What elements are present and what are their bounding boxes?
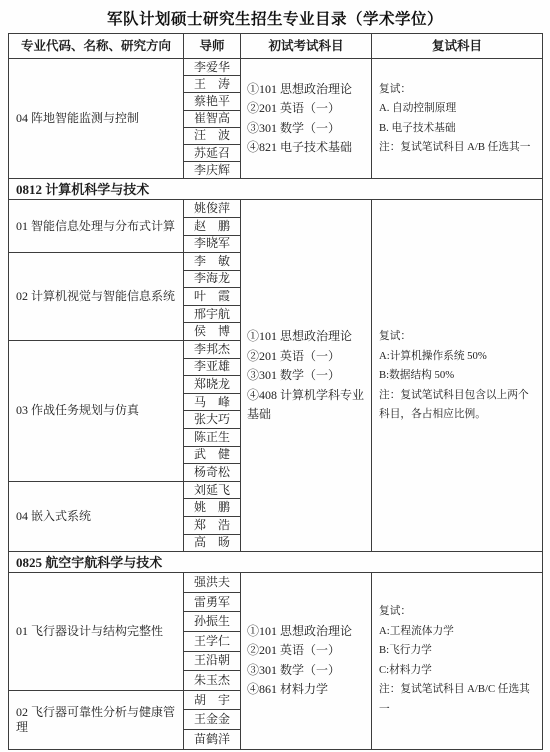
advisor-cell: 汪 波 (184, 127, 241, 144)
exam-subject-line: ①101 思想政治理论 (247, 80, 365, 100)
advisor-cell: 郑 浩 (184, 517, 241, 535)
exam-subject-line: ④408 计算机学科专业基础 (247, 386, 365, 425)
exam-subject-line: ③301 数学（一） (247, 661, 365, 681)
advisor-cell: 郑晓龙 (184, 376, 241, 394)
retest-subject-line: C:材料力学 (379, 661, 539, 681)
exam-subject-line: ③301 数学（一） (247, 366, 365, 386)
retest-subject-line: 复试： (379, 80, 539, 100)
retest-subject-line: A. 自动控制原理 (379, 99, 539, 119)
exam-subject-line: ①101 思想政治理论 (247, 622, 365, 642)
exam-subject-line: ③301 数学（一） (247, 119, 365, 139)
section-row: 0825 航空宇航科学与技术 (9, 552, 543, 573)
advisor-cell: 赵 鹏 (184, 217, 241, 235)
retest-subject-line: B:数据结构 50% (379, 366, 539, 386)
advisor-cell: 李邦杰 (184, 341, 241, 359)
retest-subject-line: A:计算机操作系统 50% (379, 347, 539, 367)
retest-subject-line: B:飞行力学 (379, 641, 539, 661)
exam-subject-line: ②201 英语（一） (247, 347, 365, 367)
direction-cell: 02 飞行器可靠性分析与健康管理 (9, 690, 184, 749)
page-title: 军队计划硕士研究生招生专业目录（学术学位） (0, 7, 550, 29)
advisor-cell: 王 涛 (184, 76, 241, 93)
advisor-cell: 叶 霞 (184, 288, 241, 306)
advisor-cell: 李庆辉 (184, 162, 241, 179)
advisor-cell: 苏延召 (184, 144, 241, 161)
retest-subject-line: B. 电子技术基础 (379, 119, 539, 139)
section-header: 0812 计算机科学与技术 (9, 179, 543, 200)
advisor-cell: 崔智高 (184, 110, 241, 127)
exam-subjects-cell: ①101 思想政治理论②201 英语（一）③301 数学（一）④861 材料力学 (241, 573, 372, 749)
exam-subject-line: ④821 电子技术基础 (247, 138, 365, 158)
advisor-cell: 胡 宇 (184, 690, 241, 710)
retest-subject-line: 注：复试笔试科目包含以上两个科目，各占相应比例。 (379, 386, 539, 425)
direction-cell: 04 阵地智能监测与控制 (9, 59, 184, 179)
retest-subject-line: A:工程流体力学 (379, 622, 539, 642)
advisor-cell: 李 敏 (184, 253, 241, 271)
advisor-cell: 张大巧 (184, 411, 241, 429)
exam-subject-line: ④861 材料力学 (247, 680, 365, 700)
advisor-cell: 王学仁 (184, 631, 241, 651)
advisor-cell: 蔡艳平 (184, 93, 241, 110)
advisor-cell: 苗鹤洋 (184, 729, 241, 749)
exam-subject-line: ②201 英语（一） (247, 641, 365, 661)
advisor-cell: 武 健 (184, 446, 241, 464)
retest-subjects-cell: 复试：A:计算机操作系统 50%B:数据结构 50%注：复试笔试科目包含以上两个… (372, 200, 543, 552)
advisor-cell: 朱玉杰 (184, 671, 241, 691)
advisor-cell: 陈正生 (184, 429, 241, 447)
direction-cell: 03 作战任务规划与仿真 (9, 341, 184, 482)
retest-subjects-cell: 复试：A. 自动控制原理B. 电子技术基础注：复试笔试科目 A/B 任选其一 (372, 59, 543, 179)
advisor-cell: 强洪夫 (184, 573, 241, 593)
advisor-cell: 雷勇军 (184, 592, 241, 612)
advisor-cell: 邢宇航 (184, 305, 241, 323)
exam-subjects-cell: ①101 思想政治理论②201 英语（一）③301 数学（一）④408 计算机学… (241, 200, 372, 552)
direction-cell: 01 飞行器设计与结构完整性 (9, 573, 184, 691)
advisor-cell: 侯 博 (184, 323, 241, 341)
advisor-cell: 孙振生 (184, 612, 241, 632)
direction-cell: 01 智能信息处理与分布式计算 (9, 200, 184, 253)
retest-subject-line: 复试： (379, 602, 539, 622)
section-header: 0825 航空宇航科学与技术 (9, 552, 543, 573)
table-row: 01 飞行器设计与结构完整性强洪夫①101 思想政治理论②201 英语（一）③3… (9, 573, 543, 593)
admission-catalog-table: 专业代码、名称、研究方向 导师 初试考试科目 复试科目 04 阵地智能监测与控制… (8, 33, 543, 750)
retest-subject-line: 注：复试笔试科目 A/B 任选其一 (379, 138, 539, 158)
direction-cell: 02 计算机视觉与智能信息系统 (9, 253, 184, 341)
direction-cell: 04 嵌入式系统 (9, 481, 184, 551)
advisor-cell: 刘延飞 (184, 481, 241, 499)
column-header-code-name-direction: 专业代码、名称、研究方向 (9, 34, 184, 59)
advisor-cell: 王金金 (184, 710, 241, 730)
document-page: 军队计划硕士研究生招生专业目录（学术学位） 专业代码、名称、研究方向 导师 初试… (0, 0, 550, 752)
advisor-cell: 马 峰 (184, 393, 241, 411)
advisor-cell: 王沿朝 (184, 651, 241, 671)
table-row: 04 阵地智能监测与控制李爱华①101 思想政治理论②201 英语（一）③301… (9, 59, 543, 76)
table-body: 04 阵地智能监测与控制李爱华①101 思想政治理论②201 英语（一）③301… (9, 59, 543, 750)
advisor-cell: 姚俊萍 (184, 200, 241, 218)
retest-subject-line: 注：复试笔试科目 A/B/C 任选其一 (379, 680, 539, 719)
column-header-initial-exam: 初试考试科目 (241, 34, 372, 59)
advisor-cell: 李晓军 (184, 235, 241, 253)
advisor-cell: 高 旸 (184, 534, 241, 552)
column-header-retest: 复试科目 (372, 34, 543, 59)
section-row: 0812 计算机科学与技术 (9, 179, 543, 200)
table-row: 01 智能信息处理与分布式计算姚俊萍①101 思想政治理论②201 英语（一）③… (9, 200, 543, 218)
advisor-cell: 李亚雄 (184, 358, 241, 376)
table-header-row: 专业代码、名称、研究方向 导师 初试考试科目 复试科目 (9, 34, 543, 59)
exam-subjects-cell: ①101 思想政治理论②201 英语（一）③301 数学（一）④821 电子技术… (241, 59, 372, 179)
advisor-cell: 李海龙 (184, 270, 241, 288)
exam-subject-line: ②201 英语（一） (247, 99, 365, 119)
advisor-cell: 李爱华 (184, 59, 241, 76)
advisor-cell: 杨奇松 (184, 464, 241, 482)
advisor-cell: 姚 鹏 (184, 499, 241, 517)
column-header-advisor: 导师 (184, 34, 241, 59)
retest-subject-line: 复试： (379, 327, 539, 347)
retest-subjects-cell: 复试：A:工程流体力学B:飞行力学C:材料力学注：复试笔试科目 A/B/C 任选… (372, 573, 543, 749)
exam-subject-line: ①101 思想政治理论 (247, 327, 365, 347)
